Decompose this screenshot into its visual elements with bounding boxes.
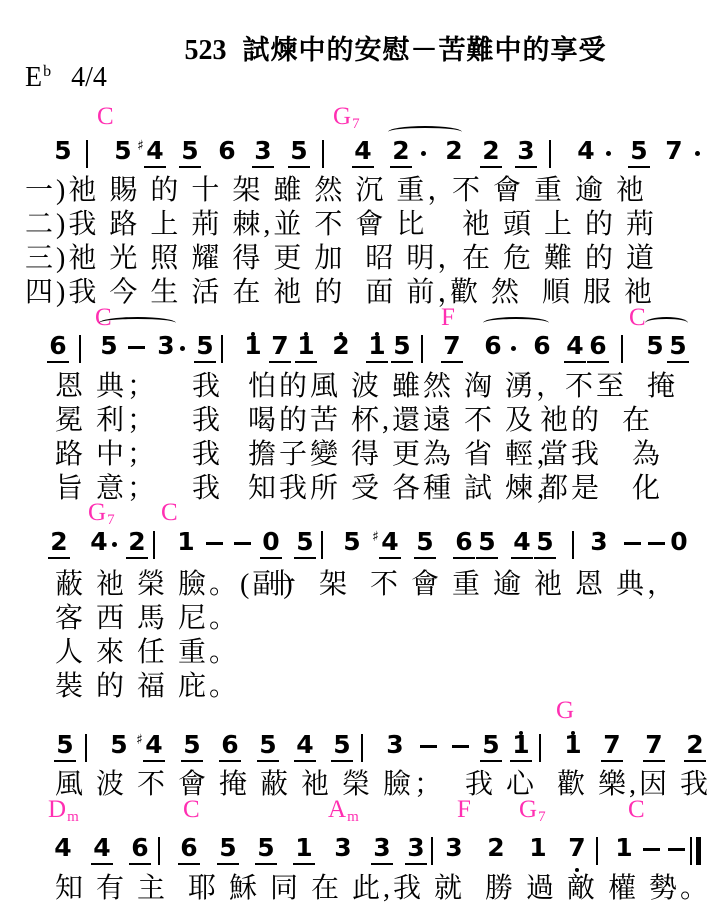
duration-dash (648, 542, 665, 545)
chord-label: F (441, 305, 455, 330)
note: 0 (668, 527, 690, 557)
lyric-segment: 在 危 難 的 道 (462, 244, 657, 274)
lyric-segment: 恩 典； (55, 372, 158, 402)
slur-arc (483, 317, 549, 329)
augmentation-dot (695, 151, 700, 156)
duration-dash (624, 542, 641, 545)
note: 2 (684, 730, 706, 762)
note: 6 (482, 331, 504, 361)
note: 3 (252, 136, 274, 168)
note: 1 (242, 331, 264, 361)
lyric-segment: 蔽 祂 榮 臉。(副) (55, 570, 296, 600)
note: 0 (260, 527, 282, 559)
barline (321, 531, 323, 559)
note: 1 (293, 833, 315, 865)
lyric-segment: 不至 掩 (565, 372, 678, 402)
lyric-segment: 風 波 不 會 掩 蔽 祂 榮 臉； (55, 770, 445, 800)
note: 4♯ (144, 136, 166, 168)
note: 2 (126, 527, 148, 559)
hymn-sheet-page: 523試煉中的安慰－苦難中的享受 Eb4/4 CG7554♯5635422234… (0, 0, 725, 924)
duration-dash (668, 848, 685, 851)
lyric-segment: 歡 然 順 服 祂 (450, 278, 655, 308)
note: 2 (485, 833, 507, 863)
lyric-segment: 祂的 在 (540, 406, 653, 436)
note: 5 (288, 136, 310, 168)
lyric-segment: 三)祂 光 照 耀 得 更 加 昭 明， (25, 244, 468, 274)
duration-dash (420, 745, 437, 748)
note: 5 (534, 527, 556, 559)
lyric-segment: 冕 利； (55, 406, 158, 436)
note: 5 (644, 331, 666, 361)
note: 4 (564, 331, 586, 363)
note: 4♯ (143, 730, 165, 762)
note: 7 (663, 136, 685, 166)
chord-label: F (457, 797, 471, 822)
lyric-segment: 我 (192, 406, 223, 436)
hymn-title: 523試煉中的安慰－苦難中的享受 (0, 28, 725, 67)
note: 4 (575, 136, 597, 166)
note: 3 (332, 833, 354, 863)
barline (431, 837, 433, 865)
lyric-segment: 十 架 不 會 重 逾 祂 恩 典， (268, 570, 678, 600)
lyric-segment: 我 (192, 440, 223, 470)
barline (85, 734, 87, 762)
note: 3 (515, 136, 537, 168)
note: 3 (588, 527, 610, 557)
lyric-segment: 我 心 歡 樂,因 我 (465, 770, 711, 800)
key-accidental: b (43, 63, 51, 80)
note: 2 (48, 527, 70, 559)
duration-dash (128, 346, 145, 349)
lyric-segment: 知 有 主 耶 穌 同 在 此,我 就 勝 過 敵 權 勢。 (55, 874, 711, 904)
note: 5 (391, 331, 413, 363)
slur-arc (99, 317, 176, 329)
chord-label: G7 (88, 500, 115, 528)
chord-label: G7 (333, 104, 360, 132)
note: 7 (643, 730, 665, 762)
lyric-segment: 怕的風 波 雖然 洶 湧， (248, 372, 567, 402)
note: 1 (295, 331, 317, 363)
note: 5 (667, 331, 689, 363)
note: 7 (601, 730, 623, 762)
chord-label: G7 (519, 797, 546, 825)
note: 5 (341, 527, 363, 557)
note: 1 (613, 833, 635, 863)
note: 4 (52, 833, 74, 863)
note: 7 (269, 331, 291, 363)
lyric-segment: 客 西 馬 尼。 (55, 604, 240, 634)
barline (539, 734, 541, 762)
lyric-segment: 祂 頭 上 的 荊 (462, 210, 657, 240)
note: 4 (511, 527, 533, 559)
note: 4 (88, 527, 110, 557)
note: 5 (480, 730, 502, 762)
final-barline (690, 837, 701, 865)
note: 5 (331, 730, 353, 762)
lyric-segment: 擔子變 得 更為 省 輕， (248, 440, 567, 470)
note: 5 (52, 136, 74, 166)
key-signature: Eb4/4 (25, 62, 107, 94)
augmentation-dot (606, 151, 611, 156)
note: 1 (562, 730, 584, 760)
note: 4♯ (379, 527, 401, 559)
augmentation-dot (112, 542, 117, 547)
note: 5 (112, 136, 134, 166)
note: 5 (257, 730, 279, 762)
note: 5 (217, 833, 239, 865)
barline (158, 837, 160, 865)
note: 7 (566, 833, 588, 863)
lyric-segment: 路 中； (55, 440, 158, 470)
note: 5 (108, 730, 130, 760)
note: 5 (628, 136, 650, 168)
note: 3 (155, 331, 177, 361)
barline (322, 140, 324, 168)
note: 2 (330, 331, 352, 361)
augmentation-dot (421, 151, 426, 156)
note: 1 (527, 833, 549, 863)
note: 6 (219, 730, 241, 762)
chord-label: C (161, 500, 178, 525)
barline (572, 531, 574, 559)
lyric-segment: 四)我 今 生 活 在 祂 的 面 前， (25, 278, 468, 308)
barline (421, 335, 423, 363)
note: 5 (179, 136, 201, 168)
note: 7 (441, 331, 463, 363)
lyric-segment: 喝的苦 杯,還遠 不 及 (248, 406, 536, 436)
note: 4 (91, 833, 113, 865)
barline (79, 335, 81, 363)
duration-dash (234, 542, 251, 545)
note: 3 (405, 833, 427, 865)
note: 5 (255, 833, 277, 865)
note: 1 (510, 730, 532, 762)
note: 1 (175, 527, 197, 557)
hymn-title-text: 試煉中的安慰－苦難中的享受 (243, 35, 607, 65)
note: 3 (371, 833, 393, 865)
barline (86, 140, 88, 168)
note: 5 (414, 527, 436, 559)
note: 5 (181, 730, 203, 762)
note: 4 (294, 730, 316, 762)
note: 3 (384, 730, 406, 760)
barline (153, 531, 155, 559)
note: 6 (216, 136, 238, 166)
duration-dash (452, 745, 469, 748)
chord-label: Dm (48, 797, 79, 825)
note: 4 (352, 136, 374, 168)
lyric-segment: 裝 的 福 庇。 (55, 672, 240, 702)
augmentation-dot (511, 346, 516, 351)
note: 1 (366, 331, 388, 363)
chord-label: C (97, 104, 114, 129)
barline (621, 335, 623, 363)
lyric-segment: 人 來 任 重。 (55, 638, 240, 668)
hymn-number: 523 (185, 35, 227, 66)
note: 2 (390, 136, 412, 168)
augmentation-dot (180, 346, 185, 351)
note: 6 (178, 833, 200, 865)
lyric-segment: 我 (192, 372, 223, 402)
note: 6 (453, 527, 475, 559)
note: 2 (480, 136, 502, 168)
slur-arc (645, 317, 688, 329)
time-signature: 4/4 (71, 62, 107, 93)
barline (549, 140, 551, 168)
lyric-segment: 我 (192, 474, 223, 504)
note: 5 (54, 730, 76, 762)
note: 5 (476, 527, 498, 559)
lyric-segment: 都是 化 (540, 474, 663, 504)
duration-dash (206, 542, 223, 545)
note: 5 (98, 331, 120, 361)
note: 6 (531, 331, 553, 361)
note: 6 (587, 331, 609, 363)
lyric-segment: 一)祂 賜 的 十 架 雖 然 沉 重， (25, 176, 458, 206)
lyric-segment: 二)我 路 上 荊 棘,並 不 會 比 (25, 210, 427, 240)
barline (361, 734, 363, 762)
note: 5 (194, 331, 216, 363)
note: 5 (294, 527, 316, 559)
chord-label: C (629, 305, 646, 330)
chord-label: Am (328, 797, 359, 825)
key-letter: E (25, 62, 42, 93)
lyric-segment: 不 會 重 逾 祂 (452, 176, 647, 206)
note: 6 (47, 331, 69, 363)
barline (221, 335, 223, 363)
barline (596, 837, 598, 865)
duration-dash (643, 848, 660, 851)
chord-label: C (628, 797, 645, 822)
note: 3 (443, 833, 465, 863)
note: 6 (129, 833, 151, 865)
note: 2 (443, 136, 465, 166)
lyric-segment: 知我所 受 各種 試 煉， (248, 474, 567, 504)
chord-label: G (556, 698, 574, 723)
chord-label: C (183, 797, 200, 822)
lyric-segment: 當我 為 (540, 440, 663, 470)
